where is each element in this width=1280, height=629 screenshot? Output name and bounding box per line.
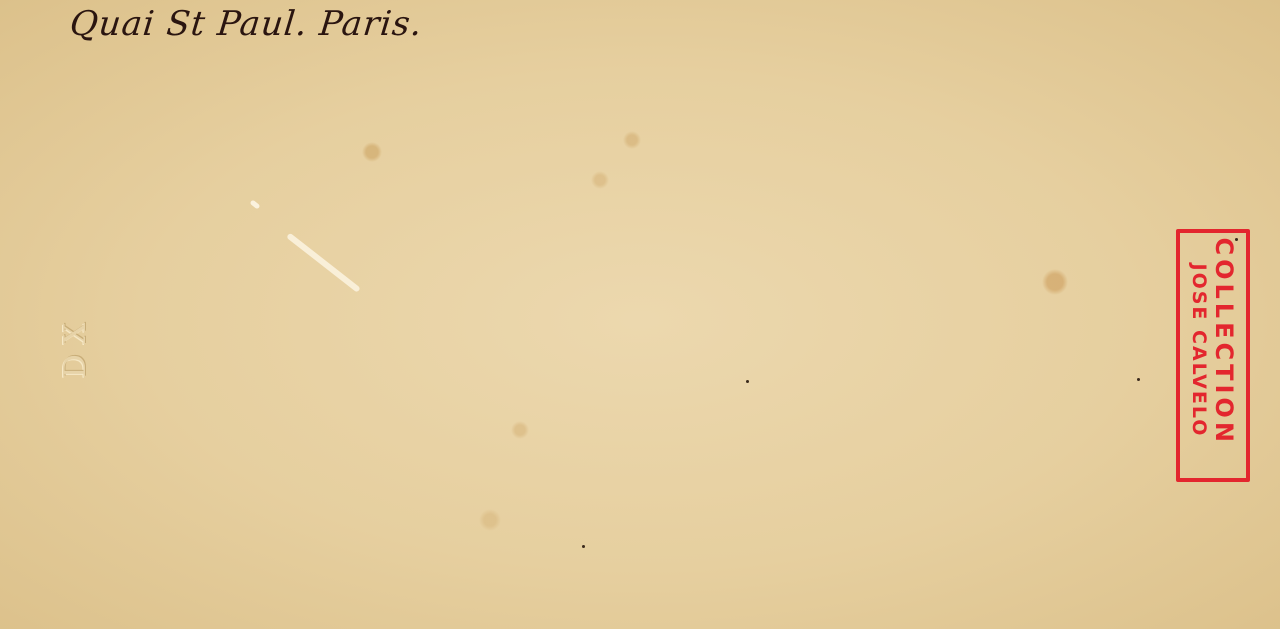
embossed-mark: DX: [54, 300, 98, 390]
paper-speck: [1137, 378, 1140, 381]
paper-speck: [746, 380, 749, 383]
embossed-mark-text: DX: [59, 312, 94, 377]
paper-speck: [582, 545, 585, 548]
stamp-owner: JOSE CALVELO: [1188, 233, 1210, 478]
paper-scratch: [250, 199, 261, 209]
collection-stamp: COLLECTION JOSE CALVELO: [1176, 229, 1250, 482]
stamp-title: COLLECTION: [1210, 233, 1238, 478]
paper-scratch: [286, 233, 361, 293]
handwritten-caption: Quai St Paul. Paris.: [68, 4, 425, 44]
card-back: Quai St Paul. Paris. DX COLLECTION JOSE …: [0, 0, 1280, 629]
